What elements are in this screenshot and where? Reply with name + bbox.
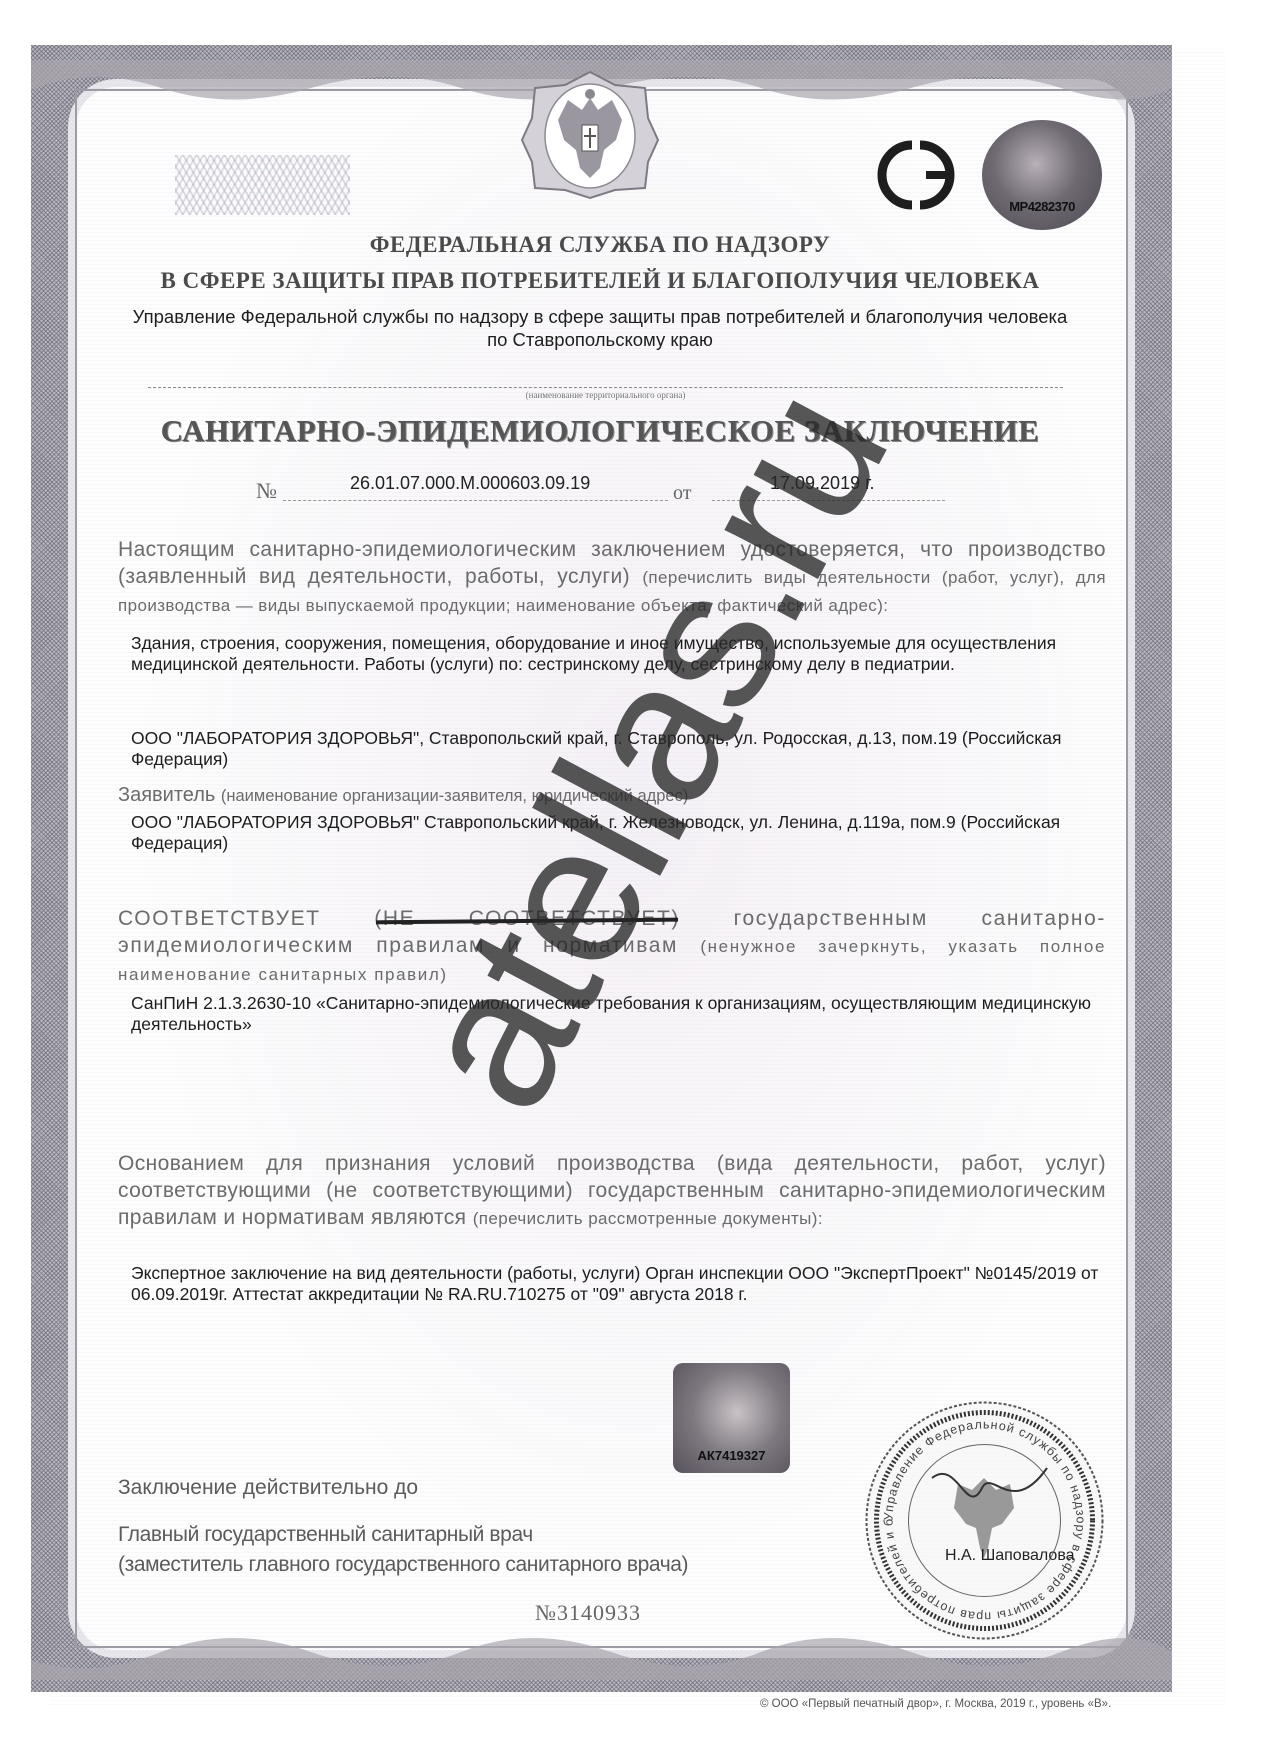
- agency-name-line1: ФЕДЕРАЛЬНАЯ СЛУЖБА ПО НАДЗОРУ: [100, 232, 1100, 258]
- basis-hint: (перечислить рассмотренные документы):: [473, 1209, 823, 1228]
- eagle-emblem-icon: [520, 70, 660, 200]
- official-seal-stamp: Управление Федеральной службы по надзору…: [862, 1398, 1107, 1643]
- validity-label: Заключение действительно до: [118, 1476, 418, 1500]
- applicant-label: Заявитель: [118, 784, 215, 806]
- hologram-sticker-bottom: АК7419327: [673, 1363, 790, 1473]
- document-title: САНИТАРНО-ЭПИДЕМИОЛОГИЧЕСКОЕ ЗАКЛЮЧЕНИЕ: [100, 413, 1100, 449]
- form-serial-number: №3140933: [535, 1600, 641, 1626]
- hologram-sticker-top: МР4282370: [982, 120, 1102, 230]
- signer-title: Главный государственный санитарный врач …: [118, 1520, 688, 1580]
- signer-line1: Главный государственный санитарный врач: [118, 1520, 688, 1550]
- se-mark-logo: [868, 135, 968, 215]
- hologram-code: МР4282370: [992, 199, 1092, 214]
- document-number-row: № 26.01.07.000.М.000603.09.19 от 17.09.2…: [0, 470, 1276, 506]
- basis-paragraph: Основанием для признания условий произво…: [118, 1150, 1106, 1232]
- number-underline: [283, 500, 668, 501]
- number-sign: №: [256, 478, 277, 504]
- conformity-status: СООТВЕТСТВУЕТ: [118, 907, 321, 930]
- signer-line2: (заместитель главного государственного с…: [118, 1550, 688, 1580]
- territorial-department: Управление Федеральной службы по надзору…: [120, 305, 1080, 351]
- hologram-code: АК7419327: [679, 1448, 784, 1463]
- printer-footer: © ООО «Первый печатный двор», г. Москва,…: [760, 1698, 1111, 1710]
- agency-name-line2: В СФЕРЕ ЗАЩИТЫ ПРАВ ПОТРЕБИТЕЛЕЙ И БЛАГО…: [100, 268, 1100, 294]
- security-pattern: [175, 155, 350, 215]
- basis-documents: Экспертное заключение на вид деятельност…: [131, 1263, 1111, 1305]
- document-number: 26.01.07.000.М.000603.09.19: [350, 473, 590, 494]
- signer-name: Н.А. Шаповалова: [945, 1547, 1075, 1565]
